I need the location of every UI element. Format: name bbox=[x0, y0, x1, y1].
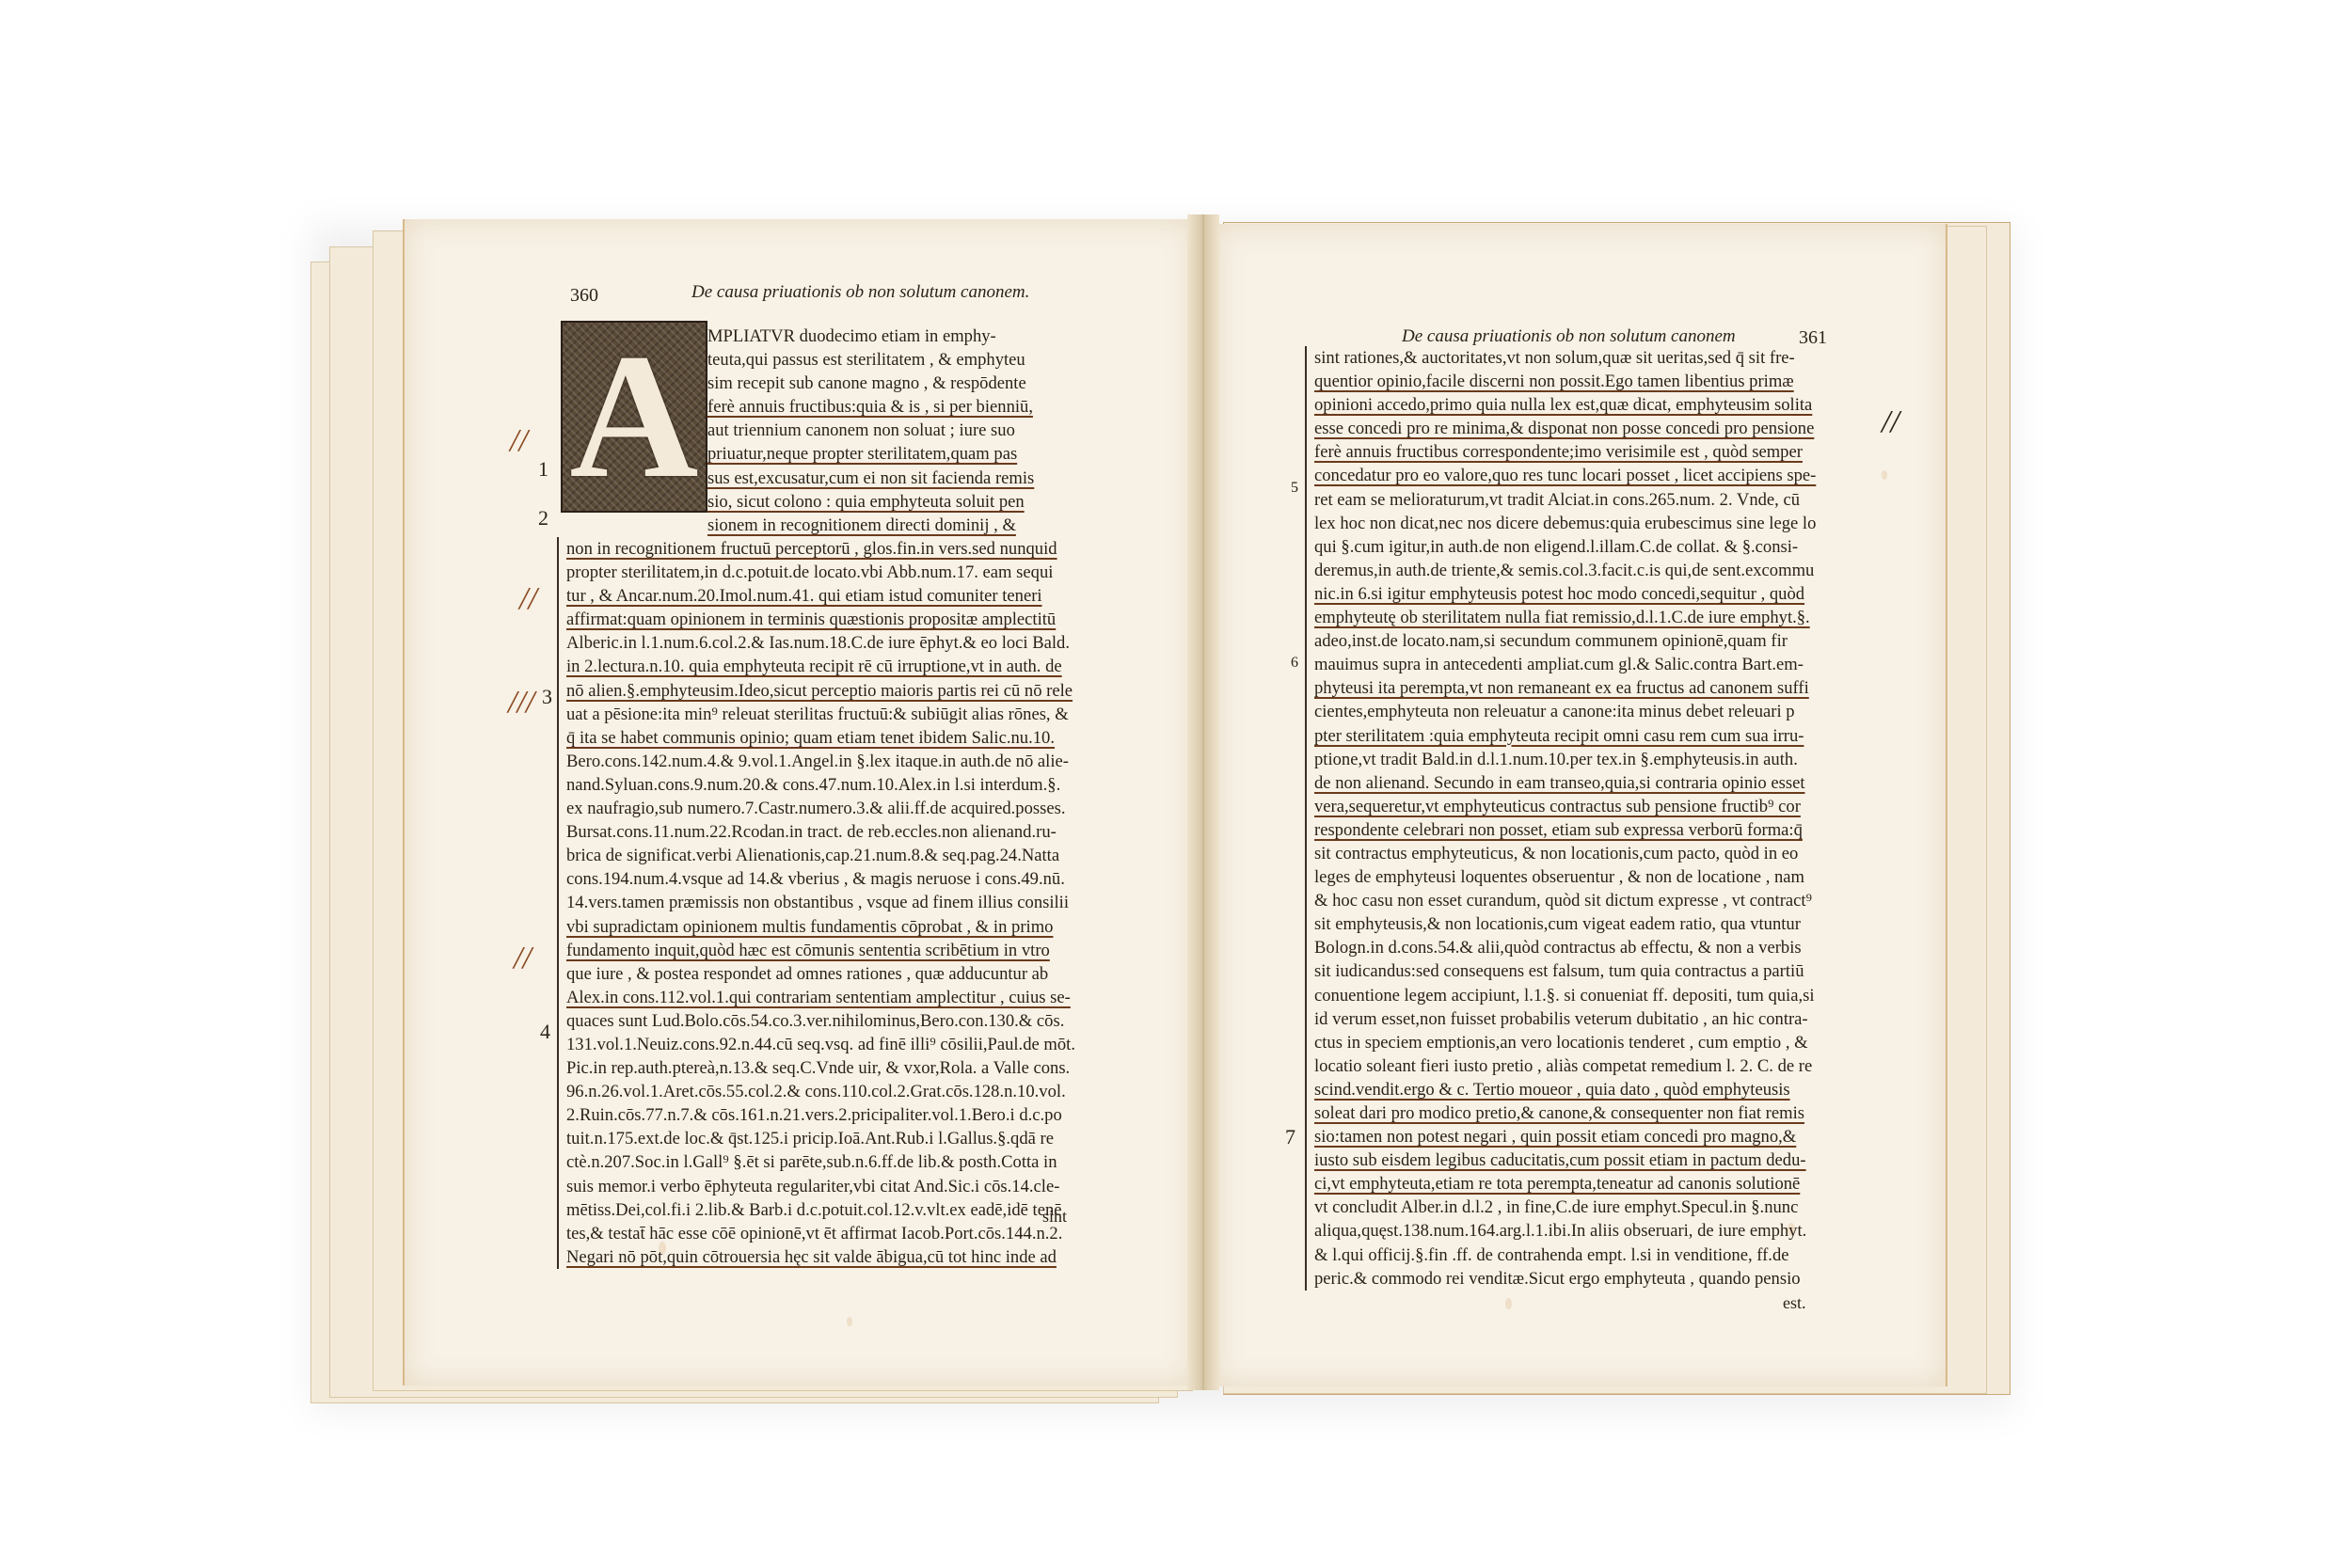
text-line: ret eam se melioraturum,vt tradit Alciat… bbox=[1314, 488, 1869, 512]
margin-number-4: 4 bbox=[540, 1020, 550, 1044]
text-line: priuatur,neque propter sterilitatem,quam… bbox=[707, 442, 1165, 466]
text-line: MPLIATVR duodecimo etiam in emphy- bbox=[707, 325, 1165, 348]
manuscript-mark: // bbox=[519, 581, 537, 617]
text-line: pter sterilitatem :quia emphyteuta recip… bbox=[1314, 724, 1869, 748]
text-line: sio, sicut colono : quia emphyteuta solu… bbox=[707, 490, 1165, 514]
text-line: & l.qui officij.§.fin .ff. de contrahend… bbox=[1314, 1243, 1869, 1267]
text-line: vera,sequeretur,vt emphyteuticus contrac… bbox=[1314, 795, 1869, 818]
text-line: tur , & Ancar.num.20.Imol.num.41. qui et… bbox=[566, 584, 1178, 608]
text-line: & hoc casu non esset curandum, quòd sit … bbox=[1314, 889, 1869, 912]
text-line: qui §.cum igitur,in auth.de non eligend.… bbox=[1314, 535, 1869, 559]
manuscript-mark: // bbox=[1882, 404, 1899, 440]
text-line: sio:tamen non potest negari , quin possi… bbox=[1314, 1125, 1869, 1148]
text-line: nō alien.§.emphyteusim.Ideo,sicut percep… bbox=[566, 679, 1178, 703]
margin-number-6: 6 bbox=[1291, 655, 1298, 672]
text-line: phyteusi ita perempta,vt non remaneant e… bbox=[1314, 676, 1869, 700]
text-line: sit emphyteusis,& non locationis,cum vig… bbox=[1314, 912, 1869, 936]
text-line: deremus,in auth.de triente,& semis.col.3… bbox=[1314, 559, 1869, 582]
left-folio-number: 360 bbox=[570, 285, 598, 307]
text-line: ptione,vt tradit Bald.in d.l.1.num.10.pe… bbox=[1314, 748, 1869, 771]
text-line: que iure , & postea respondet ad omnes r… bbox=[566, 962, 1178, 986]
text-line: cientes,emphyteuta non releuatur a canon… bbox=[1314, 700, 1869, 723]
text-line: scind.vendit.ergo & c. Tertio moueor , q… bbox=[1314, 1078, 1869, 1101]
text-line: emphyteutę ob sterilitatem nulla fiat re… bbox=[1314, 606, 1869, 629]
text-line: Alex.in cons.112.vol.1.qui contrariam se… bbox=[566, 986, 1178, 1009]
text-line: respondente celebrari non posset, etiam … bbox=[1314, 818, 1869, 842]
text-line: ferè annuis fructibus correspondente;imo… bbox=[1314, 440, 1869, 464]
text-line: ctus in speciem emptionis,an vero locati… bbox=[1314, 1031, 1869, 1054]
left-running-head: De causa priuationis ob non solutum cano… bbox=[691, 282, 1029, 303]
text-line: peric.& commodo rei venditæ.Sicut ergo e… bbox=[1314, 1267, 1869, 1291]
text-line: ctè.n.207.Soc.in l.Gall⁹ §.ēt si parēte,… bbox=[566, 1150, 1178, 1174]
text-line: mētiss.Dei,col.fi.i 2.lib.& Barb.i d.c.p… bbox=[566, 1198, 1178, 1222]
text-line: brica de significat.verbi Alienationis,c… bbox=[566, 844, 1178, 867]
text-line: sit contractus emphyteuticus, & non loca… bbox=[1314, 842, 1869, 865]
text-line: esse concedi pro re minima,& disponat no… bbox=[1314, 417, 1869, 440]
text-line: ferè annuis fructibus:quia & is , si per… bbox=[707, 395, 1165, 419]
left-catchword: sint bbox=[1042, 1207, 1067, 1227]
manuscript-mark: // bbox=[514, 941, 532, 976]
text-line: conuentione legem accipiunt, l.1.§. si c… bbox=[1314, 984, 1869, 1007]
text-line: in 2.lectura.n.10. quia emphyteuta recip… bbox=[566, 655, 1178, 678]
text-line: tuit.n.175.ext.de loc.& q̄st.125.i prici… bbox=[566, 1127, 1178, 1150]
text-line: quentior opinio,facile discerni non poss… bbox=[1314, 370, 1869, 393]
text-line: fundamento inquit,quòd hæc est cōmunis s… bbox=[566, 939, 1178, 962]
text-line: concedatur pro eo valore,quo res tunc lo… bbox=[1314, 464, 1869, 487]
text-line: iusto sub eisdem legibus caducitatis,cum… bbox=[1314, 1148, 1869, 1172]
manuscript-mark: // bbox=[510, 423, 528, 459]
text-line: soleat dari pro modico pretio,& canone,&… bbox=[1314, 1101, 1869, 1125]
manuscript-mark: /// bbox=[508, 685, 534, 721]
text-line: Bologn.in d.cons.54.& alii,quòd contract… bbox=[1314, 936, 1869, 959]
text-line: non in recognitionem fructuū perceptorū … bbox=[566, 537, 1178, 561]
woodcut-initial: A bbox=[561, 321, 707, 513]
text-line: sionem in recognitionem directi dominij … bbox=[707, 514, 1165, 537]
text-line: affirmat:quam opinionem in terminis quæs… bbox=[566, 608, 1178, 631]
text-line: propter sterilitatem,in d.c.potuit.de lo… bbox=[566, 561, 1178, 584]
text-line: 14.vers.tamen præmissis non obstantibus … bbox=[566, 891, 1178, 914]
text-line: ex naufragio,sub numero.7.Castr.numero.3… bbox=[566, 797, 1178, 820]
text-line: Bursat.cons.11.num.22.Rcodan.in tract. d… bbox=[566, 820, 1178, 844]
left-text-main: non in recognitionem fructuū perceptorū … bbox=[557, 537, 1178, 1269]
text-line: aliqua,quęst.138.num.164.arg.l.1.ibi.In … bbox=[1314, 1219, 1869, 1243]
text-line: lex hoc non dicat,nec nos dicere debemus… bbox=[1314, 512, 1869, 535]
text-line: sim recepit sub canone magno , & respōde… bbox=[707, 372, 1165, 395]
text-line: nic.in 6.si igitur emphyteusis potest ho… bbox=[1314, 582, 1869, 606]
text-line: teuta,qui passus est sterilitatem , & em… bbox=[707, 348, 1165, 372]
margin-number-1: 1 bbox=[538, 457, 548, 482]
text-line: q̄ ita se habet communis opinio; quam et… bbox=[566, 726, 1178, 750]
text-line: suis memor.i verbo ēphyteuta regulariter… bbox=[566, 1175, 1178, 1198]
text-line: vt concludit Alber.in d.l.2 , in fine,C.… bbox=[1314, 1196, 1869, 1219]
foxing-spot bbox=[1882, 470, 1887, 480]
text-line: nand.Syluan.cons.9.num.20.& cons.47.num.… bbox=[566, 773, 1178, 797]
text-line: Pic.in rep.auth.ptereà,n.13.& seq.C.Vnde… bbox=[566, 1056, 1178, 1080]
book-gutter bbox=[1187, 214, 1219, 1390]
right-catchword: est. bbox=[1783, 1293, 1806, 1313]
text-line: Negari nō pōt,quin cōtrouersia hęc sit v… bbox=[566, 1245, 1178, 1269]
text-line: sit iudicandus:sed consequens est falsum… bbox=[1314, 959, 1869, 983]
text-line: locatio soleant fieri iusto pretio , ali… bbox=[1314, 1054, 1869, 1078]
text-line: id verum esset,non fuisset probabilis ve… bbox=[1314, 1007, 1869, 1031]
foxing-spot bbox=[847, 1317, 852, 1326]
margin-number-2: 2 bbox=[538, 506, 548, 531]
text-line: 131.vol.1.Neuiz.cons.92.n.44.cū seq.vsq.… bbox=[566, 1033, 1178, 1056]
text-line: Bero.cons.142.num.4.& 9.vol.1.Angel.in §… bbox=[566, 750, 1178, 773]
text-line: adeo,inst.de locato.nam,si secundum comm… bbox=[1314, 629, 1869, 653]
text-line: sus est,excusatur,cum ei non sit faciend… bbox=[707, 467, 1165, 490]
text-line: 2.Ruin.cōs.77.n.7.& cōs.161.n.21.vers.2.… bbox=[566, 1103, 1178, 1127]
right-running-head: De causa priuationis ob non solutum cano… bbox=[1402, 326, 1736, 347]
margin-number-5: 5 bbox=[1291, 480, 1298, 497]
text-line: mauimus supra in antecedenti ampliat.cum… bbox=[1314, 653, 1869, 676]
text-line: de non alienand. Secundo in eam transeo,… bbox=[1314, 771, 1869, 795]
text-line: leges de emphyteusi loquentes obseruentu… bbox=[1314, 865, 1869, 889]
text-line: quaces sunt Lud.Bolo.cōs.54.co.3.ver.nih… bbox=[566, 1009, 1178, 1033]
text-line: tes,& testat̄ hāc esse cōē opinionē,vt ē… bbox=[566, 1222, 1178, 1245]
text-line: 96.n.26.vol.1.Aret.cōs.55.col.2.& cons.1… bbox=[566, 1080, 1178, 1103]
left-text-top: MPLIATVR duodecimo etiam in emphy- teuta… bbox=[707, 325, 1165, 537]
text-line: sint rationes,& auctoritates,vt non solu… bbox=[1314, 346, 1869, 370]
margin-number-7: 7 bbox=[1285, 1125, 1295, 1149]
initial-letter: A bbox=[569, 327, 698, 506]
text-line: opinioni accedo,primo quia nulla lex est… bbox=[1314, 393, 1869, 417]
text-line: Alberic.in l.1.num.6.col.2.& Ias.num.18.… bbox=[566, 631, 1178, 655]
text-line: ci,vt emphyteuta,etiam re tota perempta,… bbox=[1314, 1172, 1869, 1196]
text-line: uat a pēsione:ita min⁹ releuat sterilita… bbox=[566, 703, 1178, 726]
text-line: aut triennium canonem non soluat ; iure … bbox=[707, 419, 1165, 442]
right-text-main: sint rationes,& auctoritates,vt non solu… bbox=[1305, 346, 1869, 1291]
margin-number-3: 3 bbox=[542, 685, 552, 709]
foxing-spot bbox=[1505, 1298, 1512, 1309]
text-line: vbi supradictam opinionem multis fundame… bbox=[566, 915, 1178, 939]
text-line: cons.194.num.4.vsque ad 14.& vberius , &… bbox=[566, 867, 1178, 891]
